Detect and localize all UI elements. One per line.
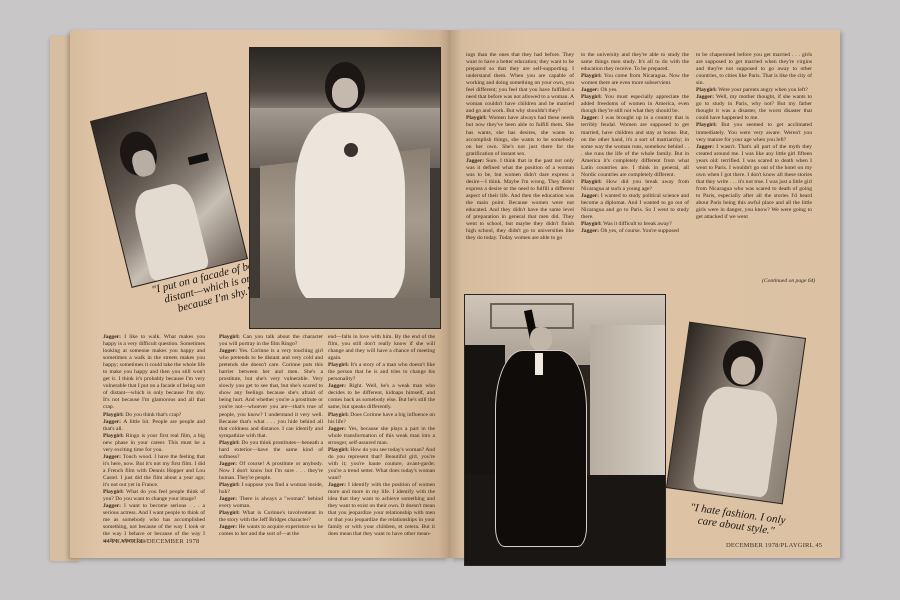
speaker: Jagger: bbox=[103, 419, 121, 425]
speaker: Playgirl: bbox=[328, 362, 349, 368]
speaker: Jagger: bbox=[466, 158, 484, 164]
paragraph: Playgirl: Women have always had these ne… bbox=[466, 115, 574, 157]
paragraph: Playgirl: What do you feel people think … bbox=[103, 489, 205, 503]
speech: to be chaperoned before you get married … bbox=[696, 52, 812, 86]
paragraph: Playgirl: How do you see today's woman? … bbox=[328, 447, 435, 482]
paragraph: Jagger: Oh yes. bbox=[581, 87, 689, 94]
paragraph: Jagger: I identify with the position of … bbox=[328, 482, 435, 538]
speech: Were your parents angry when you left? bbox=[718, 87, 808, 93]
photo-rowboat bbox=[250, 48, 440, 328]
speaker: Playgirl: bbox=[328, 412, 349, 418]
right-col-1: ings than the ones that they had before.… bbox=[466, 52, 574, 242]
paragraph: Jagger: A little bit. People are people … bbox=[103, 419, 205, 433]
speech: Oh yes. bbox=[600, 87, 617, 93]
speaker: Jagger: bbox=[696, 144, 714, 150]
speaker: Jagger: bbox=[328, 383, 346, 389]
speaker: Jagger: bbox=[219, 461, 237, 467]
paragraph: Jagger: He wants to acquire experience s… bbox=[219, 524, 323, 538]
speech: Oh yes, of course. You're supposed bbox=[600, 228, 678, 234]
speech: end—falls in love with him. By the end o… bbox=[328, 334, 435, 361]
continued-note: (Continued on page 64) bbox=[762, 278, 815, 284]
speech: I identify with the position of women mo… bbox=[328, 482, 435, 537]
paragraph: Playgirl: Do you think prostitutes—benea… bbox=[219, 440, 323, 461]
right-col-3: to be chaperoned before you get married … bbox=[696, 52, 812, 221]
speech: I wasn't. That's all part of the myth th… bbox=[696, 144, 812, 220]
speaker: Jagger: bbox=[328, 426, 346, 432]
speaker: Playgirl: bbox=[466, 115, 487, 121]
speaker: Jagger: bbox=[328, 482, 346, 488]
paragraph: Jagger: Yes, because she plays a part in… bbox=[328, 426, 435, 447]
speech: Well, my mother thought, if she wants to… bbox=[696, 94, 812, 121]
speech: I was brought up in a country that is te… bbox=[581, 115, 689, 177]
speaker: Playgirl: bbox=[581, 94, 602, 100]
paragraph: Playgirl: How did you break away from Ni… bbox=[581, 179, 689, 193]
paragraph: Jagger: I wanted to study political scie… bbox=[581, 193, 689, 221]
paragraph: Playgirl: You must especially appreciate… bbox=[581, 94, 689, 115]
speaker: Playgirl: bbox=[581, 73, 602, 79]
paragraph: Playgirl: You come from Nicaragua. Now t… bbox=[581, 73, 689, 87]
left-col-3: end—falls in love with him. By the end o… bbox=[328, 334, 435, 538]
paragraph: Playgirl: It's a story of a man who does… bbox=[328, 362, 435, 383]
paragraph: Jagger: Well, my mother thought, if she … bbox=[696, 94, 812, 122]
paragraph: Jagger: I was brought up in a country th… bbox=[581, 115, 689, 178]
paragraph: Jagger: Oh yes, of course. You're suppos… bbox=[581, 228, 689, 235]
paragraph: Jagger: There is always a "woman" behind… bbox=[219, 496, 323, 510]
speech: I like to walk. What makes you happy is … bbox=[103, 334, 205, 410]
speaker: Jagger: bbox=[581, 228, 599, 234]
paragraph: Playgirl: Does Corinne have a big influe… bbox=[328, 412, 435, 426]
speaker: Playgirl: bbox=[581, 179, 602, 185]
speaker: Playgirl: bbox=[581, 221, 602, 227]
folio-left: 44 PLAYGIRL/DECEMBER 1978 bbox=[103, 538, 200, 545]
paragraph: to be chaperoned before you get married … bbox=[696, 52, 812, 87]
left-page: "I put on a facade of being distant—whic… bbox=[70, 30, 450, 558]
photo-black-cape bbox=[465, 295, 665, 565]
left-col-2: Playgirl: Can you talk about the charact… bbox=[219, 334, 323, 538]
speaker: Playgirl: bbox=[328, 447, 349, 453]
paragraph: Jagger: Yes. Corinne is a very touching … bbox=[219, 348, 323, 440]
paragraph: Playgirl: Do you think that's crap? bbox=[103, 412, 205, 419]
photo-gun-lingerie bbox=[91, 93, 247, 286]
speaker: Playgirl: bbox=[696, 122, 717, 128]
speech: Sure. I think that in the past not only … bbox=[466, 158, 574, 242]
speaker: Playgirl: bbox=[696, 87, 717, 93]
speaker: Jagger: bbox=[103, 334, 121, 340]
speaker: Playgirl: bbox=[219, 510, 240, 516]
speaker: Jagger: bbox=[103, 503, 121, 509]
speaker: Jagger: bbox=[219, 496, 237, 502]
paragraph: Playgirl: But you seemed to get acclimat… bbox=[696, 122, 812, 143]
paragraph: Jagger: Touch wood. I have the feeling t… bbox=[103, 454, 205, 489]
right-col-2: to the university and they're able to st… bbox=[581, 52, 689, 235]
speech: Do you think that's crap? bbox=[125, 412, 181, 418]
photo-seated bbox=[667, 323, 805, 504]
right-page: ings than the ones that they had before.… bbox=[450, 30, 840, 558]
speaker: Playgirl: bbox=[103, 489, 124, 495]
speaker: Playgirl: bbox=[103, 412, 124, 418]
speaker: Playgirl: bbox=[103, 433, 124, 439]
paragraph: to the university and they're able to st… bbox=[581, 52, 689, 73]
paragraph: ings than the ones that they had before.… bbox=[466, 52, 574, 115]
folio-right: DECEMBER 1978/PLAYGIRL 45 bbox=[726, 542, 822, 549]
speech: to the university and they're able to st… bbox=[581, 52, 689, 72]
pull-quote-right: "I hate fashion. I only care about style… bbox=[681, 500, 793, 539]
speaker: Jagger: bbox=[581, 87, 599, 93]
speaker: Playgirl: bbox=[219, 334, 240, 340]
paragraph: Playgirl: Can you talk about the charact… bbox=[219, 334, 323, 348]
speaker: Jagger: bbox=[696, 94, 714, 100]
speech: ings than the ones that they had before.… bbox=[466, 52, 574, 114]
paragraph: Jagger: Of course! A prostitute or anybo… bbox=[219, 461, 323, 482]
speech: Was it difficult to break away? bbox=[603, 221, 672, 227]
speech: Women have always had these needs but no… bbox=[466, 115, 574, 156]
paragraph: Playgirl: I suppose you find a woman ins… bbox=[219, 482, 323, 496]
speaker: Jagger: bbox=[103, 454, 121, 460]
speaker: Jagger: bbox=[219, 524, 237, 530]
paragraph: end—falls in love with him. By the end o… bbox=[328, 334, 435, 362]
paragraph: Jagger: Sure. I think that in the past n… bbox=[466, 158, 574, 243]
speaker: Jagger: bbox=[581, 115, 599, 121]
speaker: Jagger: bbox=[219, 348, 237, 354]
speaker: Jagger: bbox=[581, 193, 599, 199]
paragraph: Playgirl: Ringo is your first real film,… bbox=[103, 433, 205, 454]
speaker: Playgirl: bbox=[219, 482, 240, 488]
paragraph: Jagger: Right. Well, he's a weak man who… bbox=[328, 383, 435, 411]
paragraph: Playgirl: What is Corinne's involvement … bbox=[219, 510, 323, 524]
left-col-1: Jagger: I like to walk. What makes you h… bbox=[103, 334, 205, 545]
paragraph: Jagger: I like to walk. What makes you h… bbox=[103, 334, 205, 412]
speech: Yes. Corinne is a very touching girl who… bbox=[219, 348, 323, 439]
speaker: Playgirl: bbox=[219, 440, 240, 446]
paragraph: Jagger: I wasn't. That's all part of the… bbox=[696, 144, 812, 222]
